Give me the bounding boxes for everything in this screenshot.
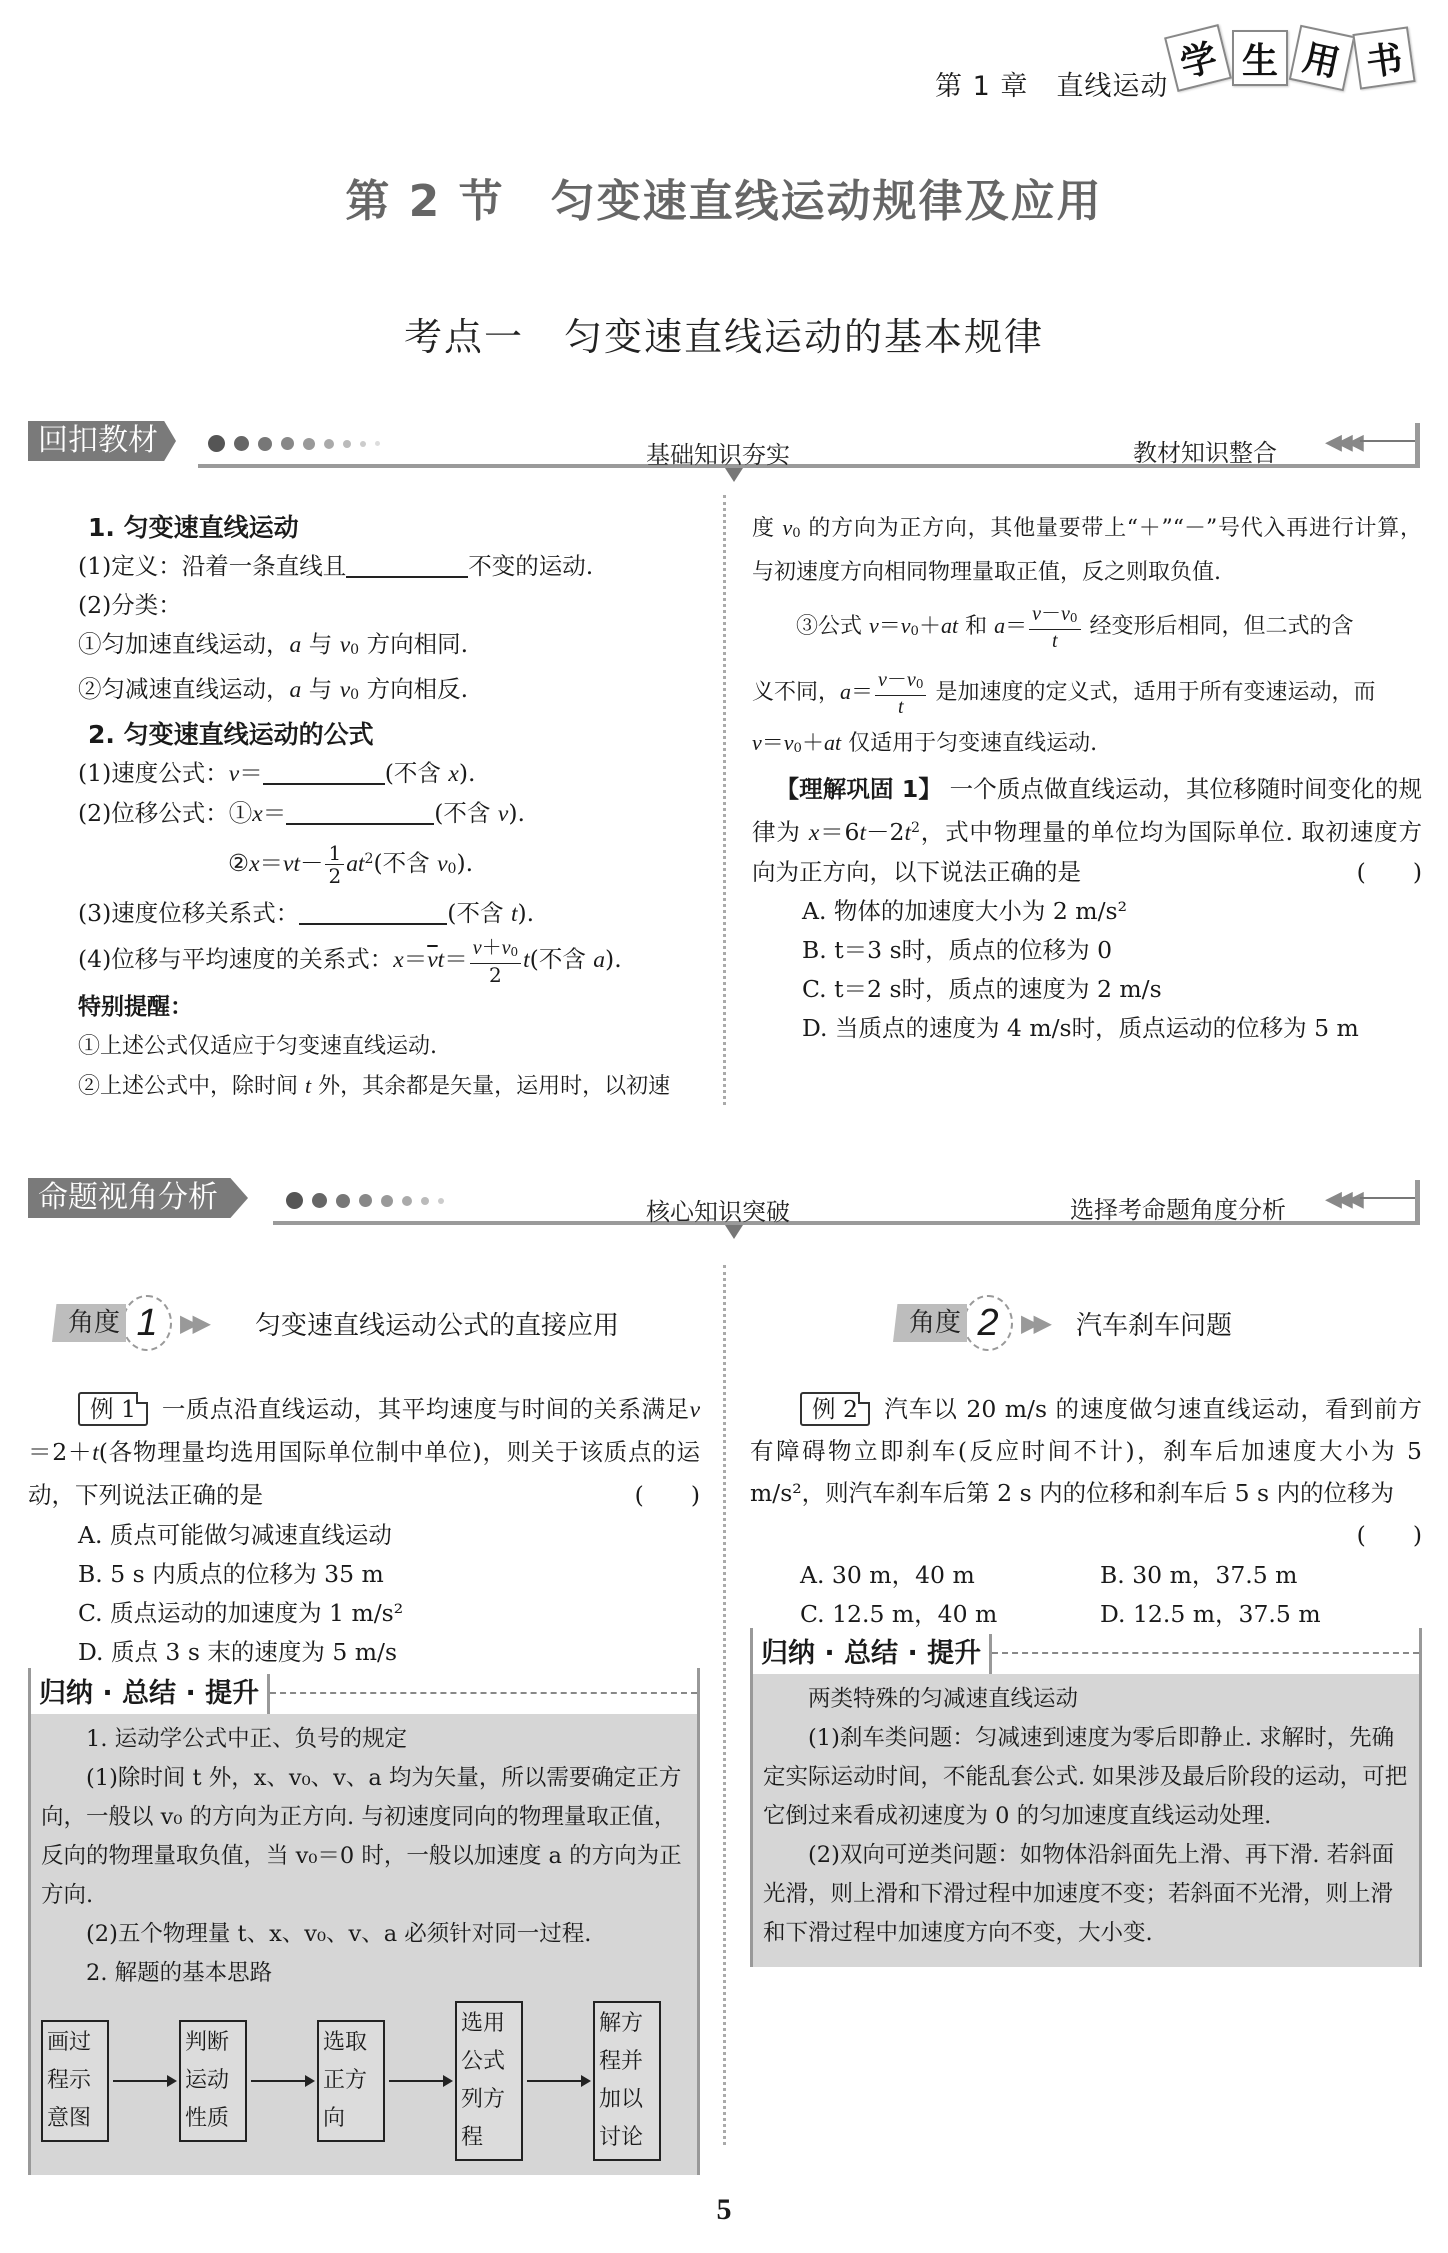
option-a[interactable]: A. 物体的加速度大小为 2 m/s² bbox=[802, 892, 1422, 931]
option-d[interactable]: D. 质点 3 s 末的速度为 5 m/s bbox=[78, 1633, 700, 1672]
double-arrow-left-icon: ◀◀◀ bbox=[1325, 1187, 1358, 1212]
text: 方向相同. bbox=[359, 630, 468, 658]
angle-1-section: 角度 1 ▶▶ 匀变速直线运动公式的直接应用 bbox=[52, 1295, 712, 1351]
summary-heading-1: 1. 运动学公式中正、负号的规定 bbox=[41, 1720, 687, 1759]
paragraph-formula-compare: ③公式 v＝v0＋at 和 a＝v－v0t 经变形后相同，但二式的含 bbox=[752, 596, 1422, 662]
summary-paragraph-1: (1)除时间 t 外，x、v₀、v、a 均为矢量，所以需要确定正方向，一般以 v… bbox=[41, 1759, 687, 1915]
paragraph-sign-convention: 度 v0 的方向为正方向，其他量要带上“＋”“－”号代入再进行计算，与初速度方向… bbox=[752, 508, 1422, 592]
displacement-formula-2: ②x＝vt－12at2(不含 v0). bbox=[78, 834, 708, 894]
summary-body: 1. 运动学公式中正、负号的规定 (1)除时间 t 外，x、v₀、v、a 均为矢… bbox=[31, 1714, 697, 2175]
problem-solving-flowchart: 画过程示意图 判断运动性质 选取正方向 选用公式列方程 解方程并加以讨论 bbox=[41, 2001, 687, 2161]
classification-1: ①匀加速直线运动，a 与 v0 方向相同. bbox=[78, 625, 708, 670]
option-d[interactable]: D. 当质点的速度为 4 m/s时，质点运动的位移为 5 m bbox=[802, 1009, 1422, 1048]
text: ②上述公式中，除时间 bbox=[78, 1074, 305, 1099]
summary-paragraph-2: (2)双向可逆类问题：如物体沿斜面先上滑、再下滑. 若斜面光滑，则上滑和下滑过程… bbox=[763, 1836, 1409, 1953]
velocity-formula: (1)速度公式：v＝(不含 x). bbox=[78, 754, 708, 794]
stamp-char: 用 bbox=[1289, 25, 1355, 91]
option-a[interactable]: A. 质点可能做匀减速直线运动 bbox=[78, 1516, 700, 1555]
example-2-stem: 例 2 汽车以 20 m/s 的速度做匀速直线运动，看到前方有障碍物立即刹车(反… bbox=[750, 1388, 1422, 1514]
angle-1-header: 角度 1 ▶▶ 匀变速直线运动公式的直接应用 bbox=[52, 1295, 712, 1351]
flow-step: 选取正方向 bbox=[317, 2020, 385, 2142]
banner-center-label: 基础知识夯实 bbox=[646, 435, 790, 470]
arrow-right-icon bbox=[113, 2080, 175, 2082]
summary-header: 归纳 · 总结 · 提升 bbox=[753, 1628, 1419, 1674]
text: (2)位移公式：① bbox=[78, 799, 252, 827]
dots-decoration bbox=[208, 435, 380, 452]
fill-blank[interactable] bbox=[346, 552, 468, 578]
summary-paragraph-2: (2)五个物理量 t、x、v₀、v、a 必须针对同一过程. bbox=[41, 1915, 687, 1954]
banner-center-label: 核心知识突破 bbox=[646, 1192, 790, 1227]
student-book-stamps: 学 生 用 书 bbox=[1170, 30, 1412, 86]
classification-2: ②匀减速直线运动，a 与 v0 方向相反. bbox=[78, 670, 708, 715]
text: (3)速度位移关系式： bbox=[78, 899, 299, 927]
fill-blank[interactable] bbox=[263, 759, 385, 785]
text: 的方向为正方向，其他量要带上“＋”“－”号代入再进行计算，与初速度方向相同物理量… bbox=[752, 516, 1422, 585]
right-column-basics: 度 v0 的方向为正方向，其他量要带上“＋”“－”号代入再进行计算，与初速度方向… bbox=[752, 508, 1422, 1048]
pointer-down-icon bbox=[725, 1225, 743, 1239]
section-title: 第 2 节 匀变速直线运动规律及应用 bbox=[0, 165, 1448, 229]
text: ，式中物理量的单位均为国际单位. 取初速度方向为正方向，以下说法正确的是 bbox=[752, 818, 1422, 886]
angle-title: 匀变速直线运动公式的直接应用 bbox=[255, 1305, 619, 1342]
banner-proposition-analysis: 命题视角分析 核心知识突破 选择考命题角度分析 ◀◀◀ bbox=[28, 1172, 1420, 1232]
option-b[interactable]: B. 30 m，37.5 m bbox=[1100, 1556, 1400, 1595]
summary-body: 两类特殊的匀减速直线运动 (1)刹车类问题：匀减速到速度为零后即静止. 求解时，… bbox=[753, 1674, 1419, 1967]
page-number: 5 bbox=[0, 2193, 1448, 2227]
angle-2-section: 角度 2 ▶▶ 汽车刹车问题 bbox=[893, 1295, 1433, 1351]
text: (不含 bbox=[373, 849, 437, 877]
heading-2: 2. 匀变速直线运动的公式 bbox=[78, 715, 708, 754]
arrow-right-icon bbox=[527, 2080, 589, 2082]
text: 是加速度的定义式，适用于所有变速运动，而 bbox=[928, 680, 1375, 705]
text: 义不同， bbox=[752, 680, 840, 705]
dots-decoration bbox=[286, 1192, 444, 1209]
flow-step: 选用公式列方程 bbox=[455, 2001, 523, 2161]
summary-box-1: 归纳 · 总结 · 提升 1. 运动学公式中正、负号的规定 (1)除时间 t 外… bbox=[28, 1668, 700, 2175]
example-label: 例 1 bbox=[78, 1392, 148, 1426]
angle-number: 2 bbox=[963, 1295, 1013, 1351]
summary-heading: 两类特殊的匀减速直线运动 bbox=[763, 1680, 1409, 1719]
summary-header: 归纳 · 总结 · 提升 bbox=[31, 1668, 697, 1714]
play-arrows-icon: ▶▶ bbox=[180, 1309, 205, 1337]
text: 与 bbox=[301, 630, 339, 658]
text: (不含 bbox=[530, 945, 594, 973]
example-2-options: A. 30 m，40 m B. 30 m，37.5 m C. 12.5 m，40… bbox=[750, 1556, 1422, 1634]
banner-endbar bbox=[1415, 423, 1420, 468]
text: 外，其余都是矢量，运用时，以初速 bbox=[311, 1074, 670, 1099]
angle-number: 1 bbox=[122, 1295, 172, 1351]
practice-question-1: 【理解巩固 1】 一个质点做直线运动，其位移随时间变化的规律为 x＝6t－2t2… bbox=[752, 770, 1422, 892]
example-2: 例 2 汽车以 20 m/s 的速度做匀速直线运动，看到前方有障碍物立即刹车(反… bbox=[750, 1388, 1422, 1634]
stamp-char: 生 bbox=[1232, 30, 1288, 86]
example-1-stem: 例 1 一质点沿直线运动，其平均速度与时间的关系满足v＝2＋t(各物理量均选用国… bbox=[28, 1388, 700, 1516]
text: 不变的运动. bbox=[468, 552, 593, 580]
question-label: 【理解巩固 1】 bbox=[776, 775, 943, 803]
summary-paragraph-1: (1)刹车类问题：匀减速到速度为零后即静止. 求解时，先确定实际运动时间，不能乱… bbox=[763, 1719, 1409, 1836]
text: 仅适用于匀变速直线运动. bbox=[841, 731, 1097, 756]
answer-bracket[interactable]: ( ) bbox=[1357, 853, 1422, 892]
flow-step: 画过程示意图 bbox=[41, 2020, 109, 2142]
pointer-down-icon bbox=[725, 468, 743, 482]
reminder-2: ②上述公式中，除时间 t 外，其余都是矢量，运用时，以初速 bbox=[78, 1066, 708, 1106]
example-1: 例 1 一质点沿直线运动，其平均速度与时间的关系满足v＝2＋t(各物理量均选用国… bbox=[28, 1388, 700, 1672]
paragraph-definition: 义不同，a＝v－v0t 是加速度的定义式，适用于所有变速运动，而 bbox=[752, 662, 1422, 723]
arrow-line bbox=[1360, 440, 1415, 442]
banner-review-textbook: 回扣教材 基础知识夯实 教材知识整合 ◀◀◀ bbox=[28, 415, 1420, 475]
dashed-line bbox=[270, 1692, 697, 1694]
option-b[interactable]: B. 5 s 内质点的位移为 35 m bbox=[78, 1555, 700, 1594]
summary-title: 归纳 · 总结 · 提升 bbox=[31, 1674, 270, 1714]
text: ②匀减速直线运动， bbox=[78, 675, 290, 703]
column-divider bbox=[723, 1265, 726, 2145]
answer-bracket[interactable]: ( ) bbox=[585, 1474, 700, 1516]
text: (1)定义：沿着一条直线且 bbox=[78, 552, 346, 580]
angle-label: 角度 bbox=[893, 1304, 967, 1342]
summary-title: 归纳 · 总结 · 提升 bbox=[753, 1634, 992, 1674]
special-reminder-heading: 特别提醒： bbox=[78, 988, 708, 1027]
practice-options: A. 物体的加速度大小为 2 m/s² B. t＝3 s时，质点的位移为 0 C… bbox=[752, 892, 1422, 1048]
arrow-right-icon bbox=[389, 2080, 451, 2082]
angle-label: 角度 bbox=[52, 1304, 126, 1342]
text: (4)位移与平均速度的关系式： bbox=[78, 945, 393, 973]
heading-1: 1. 匀变速直线运动 bbox=[78, 508, 708, 547]
option-c[interactable]: C. t＝2 s时，质点的速度为 2 m/s bbox=[802, 970, 1422, 1009]
option-a[interactable]: A. 30 m，40 m bbox=[800, 1556, 1100, 1595]
paragraph-applicability: v＝v0＋at 仅适用于匀变速直线运动. bbox=[752, 723, 1422, 768]
kaodian-title: 考点一 匀变速直线运动的基本规律 bbox=[0, 306, 1448, 361]
double-arrow-left-icon: ◀◀◀ bbox=[1325, 430, 1358, 455]
displacement-formula-1: (2)位移公式：①x＝(不含 v). bbox=[78, 794, 708, 834]
text: (不含 bbox=[447, 899, 511, 927]
arrow-line bbox=[1360, 1197, 1415, 1199]
fill-blank[interactable] bbox=[299, 899, 447, 925]
column-divider bbox=[723, 495, 726, 1105]
text: 和 bbox=[958, 614, 994, 639]
text: (不含 bbox=[385, 759, 449, 787]
summary-box-2: 归纳 · 总结 · 提升 两类特殊的匀减速直线运动 (1)刹车类问题：匀减速到速… bbox=[750, 1628, 1422, 1967]
flow-step: 判断运动性质 bbox=[179, 2020, 247, 2142]
banner-tag: 命题视角分析 bbox=[28, 1178, 248, 1218]
text: 与 bbox=[301, 675, 339, 703]
option-c[interactable]: C. 质点运动的加速度为 1 m/s² bbox=[78, 1594, 700, 1633]
text: ② bbox=[228, 849, 249, 877]
text: (1)速度公式： bbox=[78, 759, 229, 787]
chapter-heading: 第 1 章 直线运动 bbox=[935, 64, 1168, 103]
flow-step: 解方程并加以讨论 bbox=[593, 2001, 661, 2161]
text: ③公式 bbox=[796, 614, 869, 639]
banner-right-label: 教材知识整合 bbox=[1133, 433, 1277, 468]
text: ①匀加速直线运动， bbox=[78, 630, 290, 658]
reminder-1: ①上述公式仅适应于匀变速直线运动. bbox=[78, 1027, 708, 1066]
text: 度 bbox=[752, 516, 782, 541]
text: 经变形后相同，但二式的含 bbox=[1083, 614, 1354, 639]
banner-tag: 回扣教材 bbox=[28, 421, 176, 461]
summary-heading-2: 2. 解题的基本思路 bbox=[41, 1954, 687, 1993]
banner-endbar bbox=[1415, 1180, 1420, 1225]
example-1-options: A. 质点可能做匀减速直线运动 B. 5 s 内质点的位移为 35 m C. 质… bbox=[28, 1516, 700, 1672]
angle-title: 汽车刹车问题 bbox=[1076, 1305, 1232, 1342]
banner-right-label: 选择考命题角度分析 bbox=[1070, 1190, 1286, 1225]
text: (不含 bbox=[434, 799, 498, 827]
option-b[interactable]: B. t＝3 s时，质点的位移为 0 bbox=[802, 931, 1422, 970]
dashed-line bbox=[992, 1652, 1419, 1654]
example-label: 例 2 bbox=[800, 1392, 870, 1426]
left-column-basics: 1. 匀变速直线运动 (1)定义：沿着一条直线且不变的运动. (2)分类： ①匀… bbox=[78, 508, 708, 1106]
fill-blank[interactable] bbox=[286, 799, 434, 825]
play-arrows-icon: ▶▶ bbox=[1021, 1309, 1046, 1337]
average-velocity-formula: (4)位移与平均速度的关系式：x＝vt＝v＋v02t(不含 a). bbox=[78, 934, 708, 986]
angle-2-header: 角度 2 ▶▶ 汽车刹车问题 bbox=[893, 1295, 1433, 1351]
text: 一质点沿直线运动，其平均速度与时间的关系满足 bbox=[154, 1395, 690, 1423]
classification-label: (2)分类： bbox=[78, 586, 708, 625]
text: 方向相反. bbox=[359, 675, 468, 703]
answer-bracket[interactable]: ( ) bbox=[750, 1514, 1422, 1556]
stamp-char: 学 bbox=[1164, 24, 1232, 92]
stamp-char: 书 bbox=[1352, 26, 1415, 89]
velocity-displacement-formula: (3)速度位移关系式：(不含 t). bbox=[78, 894, 708, 934]
arrow-right-icon bbox=[251, 2080, 313, 2082]
definition-line: (1)定义：沿着一条直线且不变的运动. bbox=[78, 547, 708, 586]
